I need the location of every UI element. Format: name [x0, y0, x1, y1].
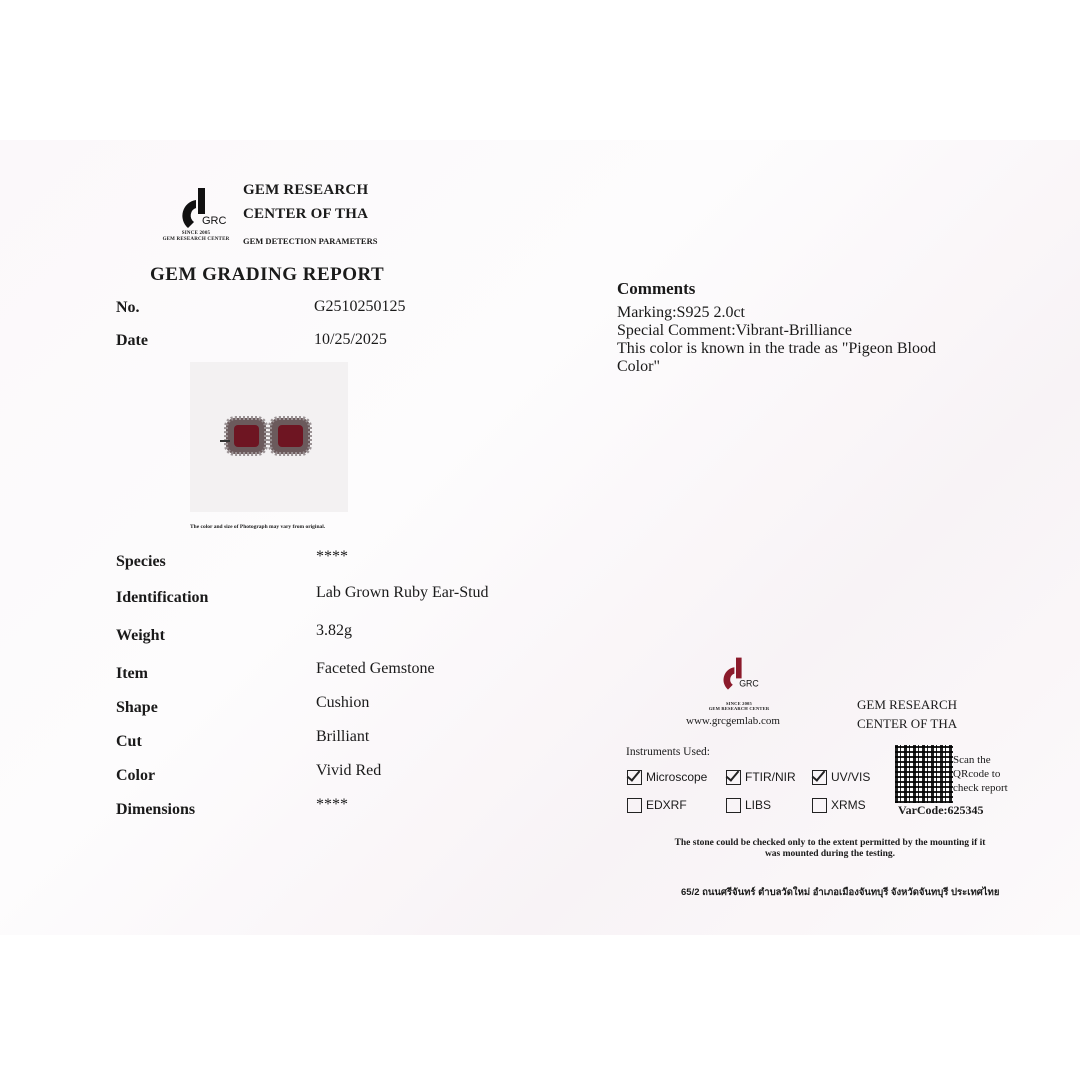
field-label: Dimensions: [116, 801, 195, 819]
instrument-xrms: XRMS: [812, 798, 866, 813]
qr-text: check report: [953, 781, 1008, 795]
field-label: Identification: [116, 589, 208, 607]
checkbox-empty-icon: [726, 798, 741, 813]
comment-line: Marking:S925 2.0ct: [617, 304, 1017, 322]
instrument-label: XRMS: [831, 798, 866, 812]
field-label: Species: [116, 553, 166, 571]
photo-caption: The color and size of Photograph may var…: [190, 524, 325, 530]
comment-line: Special Comment:Vibrant-Brilliance: [617, 322, 1017, 340]
checkbox-checked-icon: [627, 770, 642, 785]
field-label: Item: [116, 665, 148, 683]
checkbox-empty-icon: [627, 798, 642, 813]
note-line: was mounted during the testing.: [640, 849, 1020, 860]
note-line: The stone could be checked only to the e…: [640, 838, 1020, 849]
brand-line1: GEM RESEARCH: [243, 182, 368, 199]
qr-text: Scan the: [953, 753, 1008, 767]
address: 65/2 ถนนศรีจันทร์ ตำบลวัดใหม่ อำเภอเมือง…: [681, 885, 999, 900]
gem-photo: [190, 362, 348, 512]
checkbox-checked-icon: [812, 770, 827, 785]
instruments-label: Instruments Used:: [626, 746, 710, 758]
website-link[interactable]: www.grcgemlab.com: [686, 715, 780, 727]
no-value: G2510250125: [314, 298, 406, 316]
checkbox-checked-icon: [726, 770, 741, 785]
footer-logo-center: GEM RESEARCH CENTER: [700, 706, 778, 711]
field-value: Vivid Red: [316, 762, 381, 780]
report-title: GEM GRADING REPORT: [150, 264, 384, 286]
comments-heading: Comments: [617, 279, 695, 299]
instrument-ftirnir: FTIR/NIR: [726, 770, 796, 785]
field-value: ****: [316, 796, 348, 814]
qr-text: QRcode to: [953, 767, 1008, 781]
mounting-note: The stone could be checked only to the e…: [640, 838, 1020, 860]
brand-subtitle: GEM DETECTION PARAMETERS: [243, 236, 377, 246]
field-value: Lab Grown Ruby Ear-Stud: [316, 584, 489, 602]
comments-body: Marking:S925 2.0ct Special Comment:Vibra…: [617, 304, 1017, 376]
instrument-uvvis: UV/VIS: [812, 770, 870, 785]
field-label: Color: [116, 767, 155, 785]
svg-text:GRC: GRC: [739, 678, 759, 688]
date-value: 10/25/2025: [314, 331, 387, 349]
field-value: Brilliant: [316, 728, 369, 746]
field-label: Shape: [116, 699, 158, 717]
checkbox-empty-icon: [812, 798, 827, 813]
instrument-label: FTIR/NIR: [745, 770, 796, 784]
footer-brand-line1: GEM RESEARCH: [857, 697, 957, 713]
brand-line2: CENTER OF THA: [243, 206, 368, 223]
comment-line: Color": [617, 358, 1017, 376]
instrument-edxrf: EDXRF: [627, 798, 687, 813]
instrument-label: UV/VIS: [831, 770, 870, 784]
field-label: Weight: [116, 627, 165, 645]
varcode: VarCode:625345: [898, 803, 984, 818]
instrument-label: LIBS: [745, 798, 771, 812]
field-value: Faceted Gemstone: [316, 660, 435, 678]
instrument-microscope: Microscope: [627, 770, 707, 785]
instrument-libs: LIBS: [726, 798, 771, 813]
qr-code-icon[interactable]: [895, 745, 953, 803]
svg-text:GRC: GRC: [202, 215, 227, 227]
instrument-label: EDXRF: [646, 798, 687, 812]
field-value: Cushion: [316, 694, 369, 712]
comment-line: This color is known in the trade as "Pig…: [617, 340, 1017, 358]
logo-center: GEM RESEARCH CENTER: [160, 237, 232, 243]
instrument-label: Microscope: [646, 770, 707, 784]
date-label: Date: [116, 332, 148, 350]
footer-brand-line2: CENTER OF THA: [857, 716, 957, 732]
no-label: No.: [116, 299, 140, 317]
field-value: ****: [316, 548, 348, 566]
field-value: 3.82g: [316, 622, 352, 640]
field-label: Cut: [116, 733, 142, 751]
grc-footer-logo-icon: GRC: [712, 656, 760, 704]
